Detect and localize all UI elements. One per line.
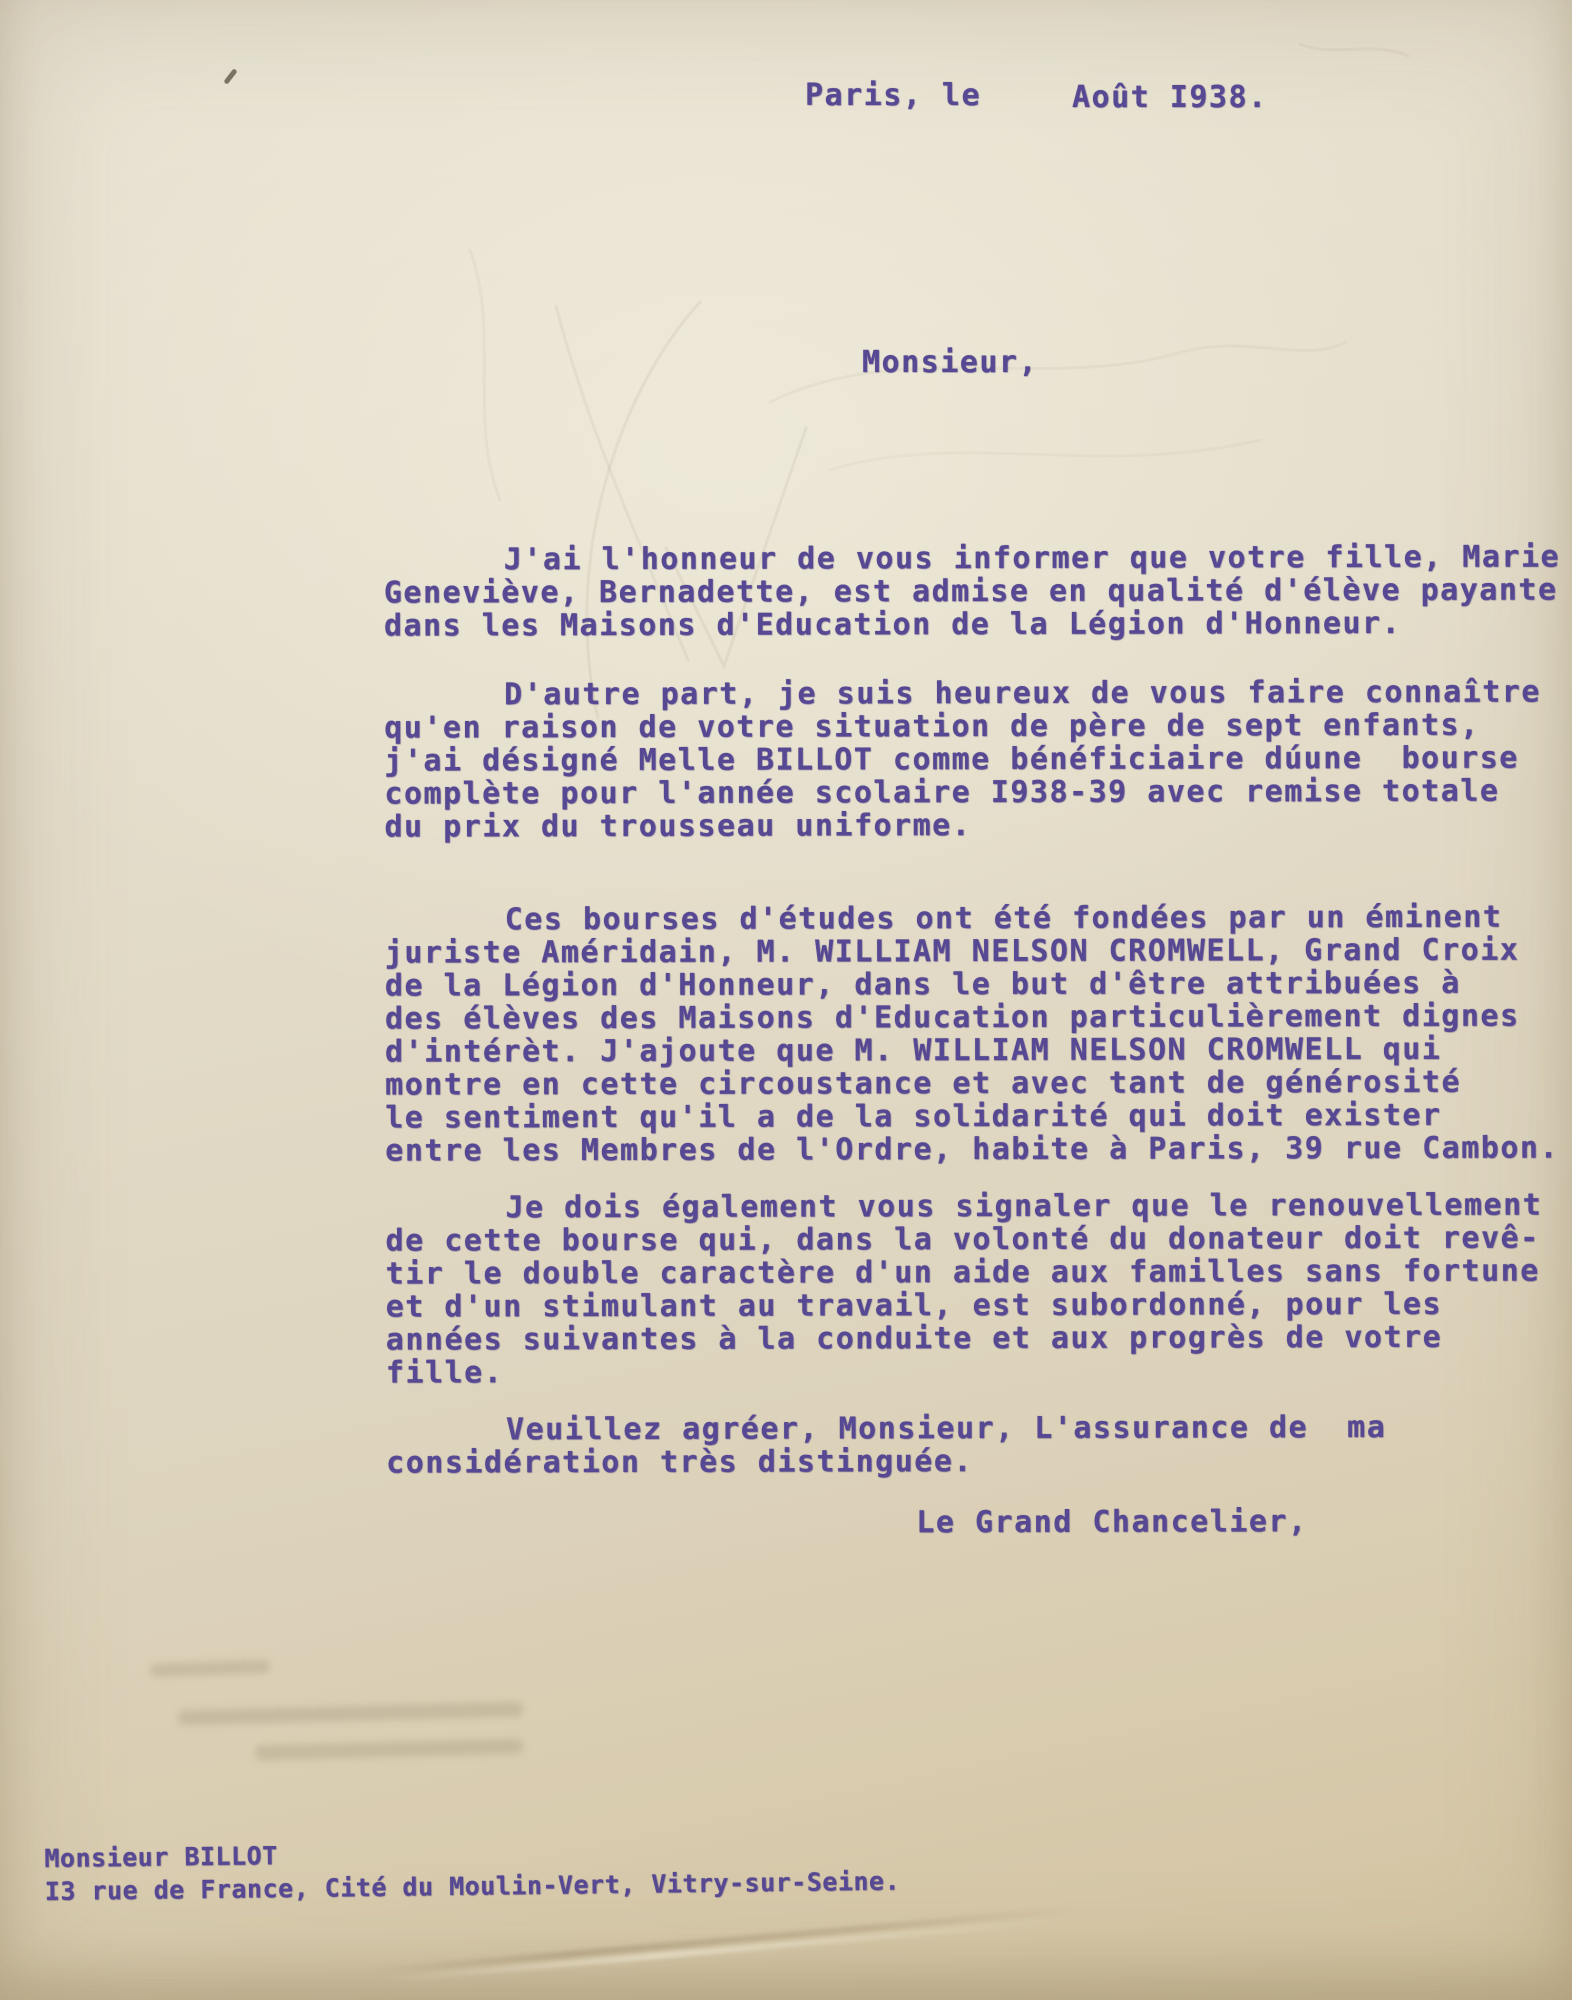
salutation: Monsieur, — [862, 345, 1038, 380]
dateline: Paris, le Août I938. — [0, 78, 1572, 122]
paragraph-renewal: Je dois également vous signaler que le r… — [385, 1188, 1572, 1389]
paragraph-cromwell: Ces bourses d'études ont été fondées par… — [385, 900, 1572, 1167]
recipient-address: Monsieur BILLOT I3 rue de France, Cité d… — [44, 1832, 900, 1908]
bleed-mark — [178, 1701, 523, 1725]
dateline-place: Paris, le — [805, 78, 981, 113]
paper-crease-highlight — [381, 1918, 1059, 1982]
bleed-mark — [150, 1660, 270, 1677]
dateline-date: Août I938. — [1072, 80, 1268, 115]
paragraph-scholarship: D'autre part, je suis heureux de vous fa… — [384, 675, 1572, 843]
paper-crease — [361, 1907, 1079, 1976]
closing-formula: Veuillez agréer, Monsieur, L'assurance d… — [386, 1410, 1572, 1479]
signature-line: Le Grand Chancelier, — [916, 1504, 1572, 1539]
letter-page: Paris, le Août I938. Monsieur, J'ai l'ho… — [0, 0, 1572, 2000]
bleed-mark — [255, 1738, 523, 1760]
paragraph-admission: J'ai l'honneur de vous informer que votr… — [384, 540, 1572, 642]
letter-body: J'ai l'honneur de vous informer que votr… — [384, 540, 1572, 1540]
